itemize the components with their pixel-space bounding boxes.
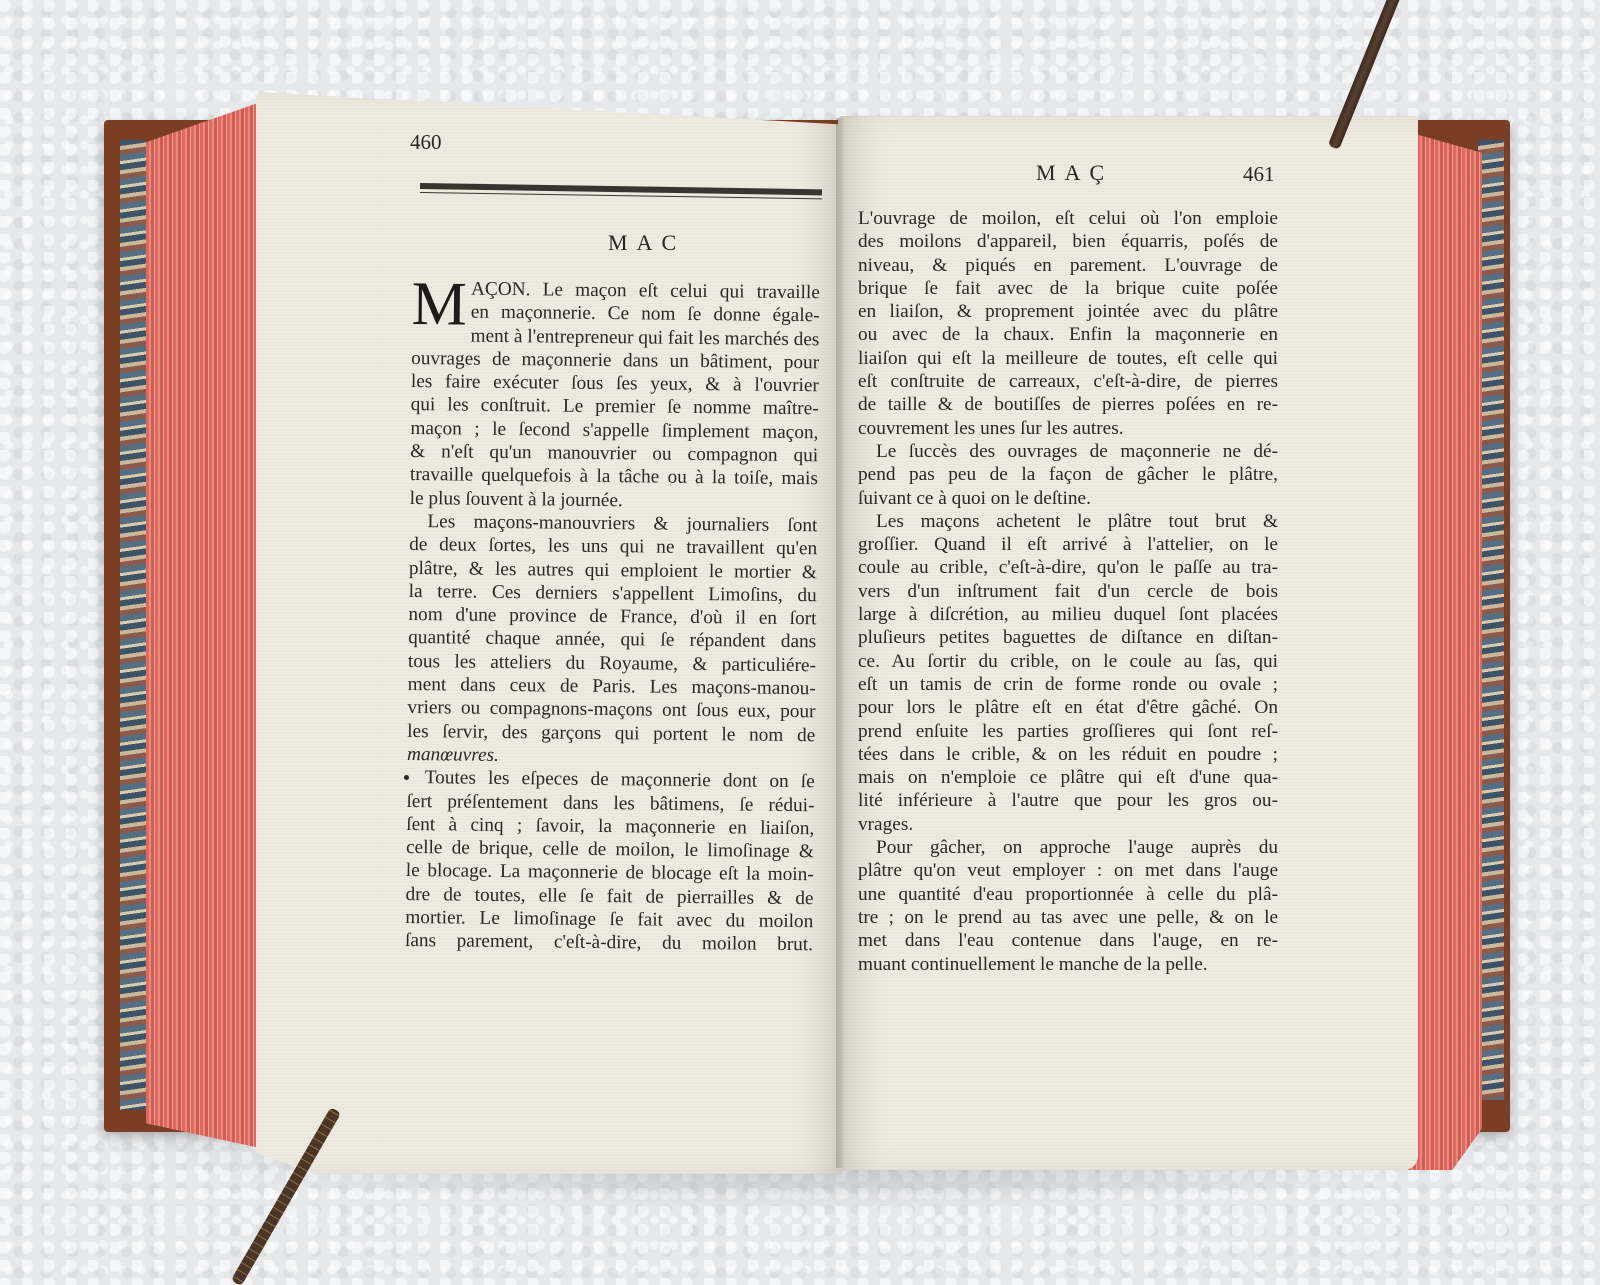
text-line: eſt conſtruite de carreaux, c'eſt-à-dire… (858, 370, 1278, 393)
marbled-endpaper-left (120, 140, 146, 1110)
text-line: pend pas peu de la façon de gâcher le pl… (858, 463, 1278, 486)
text-line: des moilons d'appareil, bien équarris, p… (858, 230, 1278, 253)
text-line: ſans parement, c'eſt-à-dire, du moilon b… (405, 929, 813, 957)
text-line: une quantité d'eau proportionnée à celle… (858, 883, 1278, 906)
text-line: Le ſuccès des ouvrages de maçonnerie ne … (858, 440, 1278, 463)
running-head-right: MAÇ (1036, 160, 1113, 186)
book-gutter (836, 118, 844, 1168)
text-line: Pour gâcher, on approche l'auge auprès d… (858, 836, 1278, 859)
text-line: eſt un tamis de crin de forme ronde ou o… (858, 673, 1278, 696)
text-line: muant continuellement le manche de la pe… (858, 953, 1278, 976)
right-page-text: L'ouvrage de moilon, eſt celui où l'on e… (858, 207, 1278, 976)
text-line: pour lors le plâtre eſt en état d'être g… (858, 696, 1278, 719)
text-line: liaiſon qui eſt la meilleure de toutes, … (858, 347, 1278, 370)
text-line: large à diſcrétion, au milieu duquel ſon… (858, 603, 1278, 626)
left-page-text: M AÇON. Le maçon eſt celui qui travaille… (405, 277, 820, 957)
text-line: brique ſe fait avec de la brique cuite p… (858, 277, 1278, 300)
text-line: en liaiſon, & proprement jointée avec du… (858, 300, 1278, 323)
text-line: ou avec de la chaux. Enfin la maçonnerie… (858, 323, 1278, 346)
text-line: Les maçons achetent le plâtre tout brut … (858, 510, 1278, 533)
text-line: L'ouvrage de moilon, eſt celui où l'on e… (858, 207, 1278, 230)
text-line: tées dans le crible, & on les réduit en … (858, 743, 1278, 766)
text-line: plâtre qu'on veut employer : on met dans… (858, 859, 1278, 882)
text-line: lité inférieure à l'autre que pour les g… (858, 789, 1278, 812)
text-line: couvrement les unes ſur les autres. (858, 417, 1278, 440)
text-line: pluſieurs petites baguettes de diſtance … (858, 626, 1278, 649)
running-head-left: MAC (608, 230, 685, 256)
text-line: coule au crible, c'eſt-à-dire, qu'on le … (858, 556, 1278, 579)
page-number-left: 460 (410, 130, 442, 155)
text-line: vrages. (858, 813, 1278, 836)
text-line: met dans l'eau contenue dans l'auge, en … (858, 929, 1278, 952)
text-line: ce. Au ſortir du crible, on le coule au … (858, 650, 1278, 673)
text-line: niveau, & piqués en parement. L'ouvrage … (858, 254, 1278, 277)
text-line: groſſier. Quand il eſt arrivé à l'atteli… (858, 533, 1278, 556)
text-line: de taille & de boutiſſes de pierres poſé… (858, 393, 1278, 416)
text-line: prend enſuite les parties groſſieres qui… (858, 720, 1278, 743)
red-page-edges-right (1408, 132, 1482, 1170)
drop-cap: M (411, 279, 467, 330)
text-line: ſuivant ce à quoi on le deſtine. (858, 487, 1278, 510)
text-line: tre ; on le prend au tas avec une pelle,… (858, 906, 1278, 929)
page-number-right: 461 (1243, 162, 1275, 187)
text-line: mais on n'emploie ce plâtre qui eſt d'un… (858, 766, 1278, 789)
text-line: vers d'un inſtrument fait d'un cercle de… (858, 580, 1278, 603)
